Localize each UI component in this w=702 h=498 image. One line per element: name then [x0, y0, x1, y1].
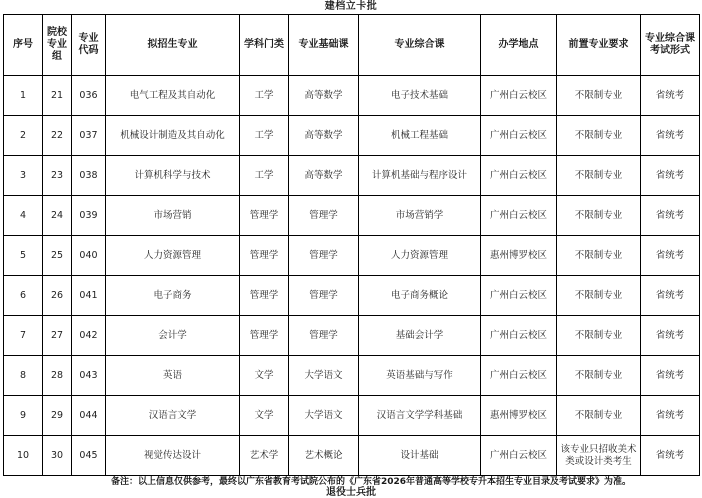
cell-group: 30 [43, 436, 72, 476]
cell-discipline: 工学 [240, 156, 289, 196]
cell-campus: 广州白云校区 [481, 116, 557, 156]
cell-group: 21 [43, 76, 72, 116]
cell-seq: 1 [4, 76, 43, 116]
cell-campus: 惠州博罗校区 [481, 396, 557, 436]
cell-campus: 广州白云校区 [481, 156, 557, 196]
cell-discipline: 文学 [240, 396, 289, 436]
cell-prereq: 不限制专业 [557, 196, 641, 236]
header-major: 拟招生专业 [106, 15, 240, 76]
cell-discipline: 文学 [240, 356, 289, 396]
cell-discipline: 艺术学 [240, 436, 289, 476]
admissions-table: 序号 院校专业组 专业代码 拟招生专业 学科门类 专业基础课 专业综合课 办学地… [3, 14, 700, 476]
header-campus: 办学地点 [481, 15, 557, 76]
cell-discipline: 管理学 [240, 196, 289, 236]
cell-basic-course: 管理学 [289, 196, 359, 236]
cell-code: 040 [72, 236, 106, 276]
cell-discipline: 管理学 [240, 236, 289, 276]
cell-discipline: 工学 [240, 76, 289, 116]
cell-basic-course: 大学语文 [289, 356, 359, 396]
table-row: 222037机械设计制造及其自动化工学高等数学机械工程基础广州白云校区不限制专业… [4, 116, 700, 156]
cell-prereq: 不限制专业 [557, 156, 641, 196]
cell-major: 电子商务 [106, 276, 240, 316]
cell-campus: 广州白云校区 [481, 316, 557, 356]
cell-seq: 6 [4, 276, 43, 316]
cell-basic-course: 管理学 [289, 316, 359, 356]
cell-prereq: 不限制专业 [557, 236, 641, 276]
table-row: 121036电气工程及其自动化工学高等数学电子技术基础广州白云校区不限制专业省统… [4, 76, 700, 116]
cell-group: 22 [43, 116, 72, 156]
cell-code: 039 [72, 196, 106, 236]
cell-comprehensive-course: 电子商务概论 [359, 276, 481, 316]
header-discipline: 学科门类 [240, 15, 289, 76]
cell-comprehensive-course: 汉语言文学学科基础 [359, 396, 481, 436]
cell-comprehensive-course: 英语基础与写作 [359, 356, 481, 396]
cell-campus: 广州白云校区 [481, 356, 557, 396]
cell-seq: 4 [4, 196, 43, 236]
cell-exam-form: 省统考 [641, 396, 700, 436]
cell-group: 24 [43, 196, 72, 236]
cell-group: 23 [43, 156, 72, 196]
cell-group: 27 [43, 316, 72, 356]
cell-major: 市场营销 [106, 196, 240, 236]
cell-code: 044 [72, 396, 106, 436]
cell-seq: 8 [4, 356, 43, 396]
header-code: 专业代码 [72, 15, 106, 76]
cell-prereq: 不限制专业 [557, 396, 641, 436]
cell-major: 机械设计制造及其自动化 [106, 116, 240, 156]
cell-basic-course: 高等数学 [289, 76, 359, 116]
header-basic-course: 专业基础课 [289, 15, 359, 76]
cell-exam-form: 省统考 [641, 196, 700, 236]
cell-comprehensive-course: 人力资源管理 [359, 236, 481, 276]
cell-campus: 惠州博罗校区 [481, 236, 557, 276]
cell-prereq: 不限制专业 [557, 356, 641, 396]
cell-code: 038 [72, 156, 106, 196]
cell-group: 29 [43, 396, 72, 436]
remark-note: 备注：以上信息仅供参考，最终以广东省教育考试院公布的《广东省2026年普通高等学… [0, 477, 702, 487]
cell-exam-form: 省统考 [641, 356, 700, 396]
cell-discipline: 管理学 [240, 276, 289, 316]
cell-code: 036 [72, 76, 106, 116]
cell-comprehensive-course: 设计基础 [359, 436, 481, 476]
cell-comprehensive-course: 机械工程基础 [359, 116, 481, 156]
cell-prereq: 不限制专业 [557, 316, 641, 356]
cell-comprehensive-course: 市场营销学 [359, 196, 481, 236]
cell-basic-course: 管理学 [289, 276, 359, 316]
cell-prereq: 不限制专业 [557, 76, 641, 116]
cell-seq: 9 [4, 396, 43, 436]
cell-code: 043 [72, 356, 106, 396]
cell-seq: 5 [4, 236, 43, 276]
cell-basic-course: 高等数学 [289, 156, 359, 196]
cell-exam-form: 省统考 [641, 436, 700, 476]
table-row: 828043英语文学大学语文英语基础与写作广州白云校区不限制专业省统考 [4, 356, 700, 396]
header-group: 院校专业组 [43, 15, 72, 76]
cell-comprehensive-course: 电子技术基础 [359, 76, 481, 116]
cell-comprehensive-course: 基础会计学 [359, 316, 481, 356]
cell-campus: 广州白云校区 [481, 76, 557, 116]
header-prereq: 前置专业要求 [557, 15, 641, 76]
table-row: 424039市场营销管理学管理学市场营销学广州白云校区不限制专业省统考 [4, 196, 700, 236]
next-section-title: 退役士兵批 [0, 487, 702, 498]
cell-prereq: 不限制专业 [557, 116, 641, 156]
header-comprehensive-course: 专业综合课 [359, 15, 481, 76]
cell-prereq: 该专业只招收美术类或设计类考生 [557, 436, 641, 476]
table-row: 1030045视觉传达设计艺术学艺术概论设计基础广州白云校区该专业只招收美术类或… [4, 436, 700, 476]
cell-exam-form: 省统考 [641, 116, 700, 156]
cell-group: 26 [43, 276, 72, 316]
table-row: 727042会计学管理学管理学基础会计学广州白云校区不限制专业省统考 [4, 316, 700, 356]
cell-major: 计算机科学与技术 [106, 156, 240, 196]
cell-campus: 广州白云校区 [481, 196, 557, 236]
cell-code: 045 [72, 436, 106, 476]
cell-campus: 广州白云校区 [481, 436, 557, 476]
cell-major: 会计学 [106, 316, 240, 356]
cell-code: 037 [72, 116, 106, 156]
cell-seq: 10 [4, 436, 43, 476]
cell-group: 25 [43, 236, 72, 276]
cell-discipline: 管理学 [240, 316, 289, 356]
cell-campus: 广州白云校区 [481, 276, 557, 316]
cell-exam-form: 省统考 [641, 156, 700, 196]
section-title: 建档立卡批 [0, 0, 702, 14]
table-row: 525040人力资源管理管理学管理学人力资源管理惠州博罗校区不限制专业省统考 [4, 236, 700, 276]
cell-major: 汉语言文学 [106, 396, 240, 436]
cell-major: 人力资源管理 [106, 236, 240, 276]
cell-discipline: 工学 [240, 116, 289, 156]
cell-major: 视觉传达设计 [106, 436, 240, 476]
table-row: 929044汉语言文学文学大学语文汉语言文学学科基础惠州博罗校区不限制专业省统考 [4, 396, 700, 436]
cell-exam-form: 省统考 [641, 236, 700, 276]
header-seq: 序号 [4, 15, 43, 76]
cell-prereq: 不限制专业 [557, 276, 641, 316]
cell-comprehensive-course: 计算机基础与程序设计 [359, 156, 481, 196]
cell-code: 041 [72, 276, 106, 316]
cell-major: 电气工程及其自动化 [106, 76, 240, 116]
cell-basic-course: 艺术概论 [289, 436, 359, 476]
cell-exam-form: 省统考 [641, 276, 700, 316]
cell-basic-course: 大学语文 [289, 396, 359, 436]
cell-seq: 2 [4, 116, 43, 156]
table-row: 323038计算机科学与技术工学高等数学计算机基础与程序设计广州白云校区不限制专… [4, 156, 700, 196]
cell-exam-form: 省统考 [641, 76, 700, 116]
cell-basic-course: 高等数学 [289, 116, 359, 156]
table-row: 626041电子商务管理学管理学电子商务概论广州白云校区不限制专业省统考 [4, 276, 700, 316]
cell-major: 英语 [106, 356, 240, 396]
cell-group: 28 [43, 356, 72, 396]
cell-exam-form: 省统考 [641, 316, 700, 356]
header-exam-form: 专业综合课考试形式 [641, 15, 700, 76]
cell-seq: 7 [4, 316, 43, 356]
cell-seq: 3 [4, 156, 43, 196]
cell-basic-course: 管理学 [289, 236, 359, 276]
header-row: 序号 院校专业组 专业代码 拟招生专业 学科门类 专业基础课 专业综合课 办学地… [4, 15, 700, 76]
cell-code: 042 [72, 316, 106, 356]
